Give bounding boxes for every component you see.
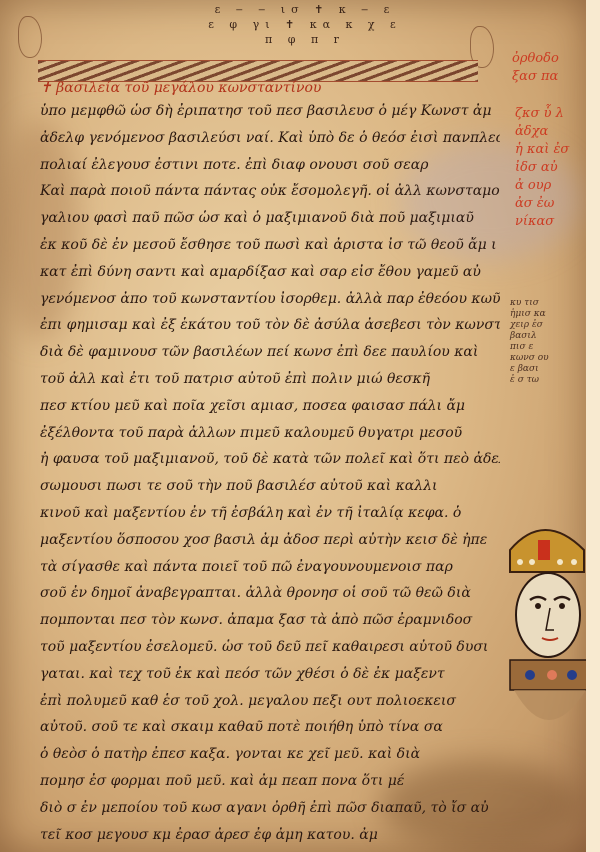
- margin-line: ἀσ ἐω: [515, 195, 569, 213]
- text-line: σοῦ ἐν δημοῖ ἀναβεγραπται. ἀλλὰ θρονησ ο…: [40, 580, 500, 607]
- ornament-left: [18, 16, 42, 58]
- rubric-title: ✝ βασιλεία τοῦ μεγάλου κωνσταντίνου: [40, 80, 321, 96]
- header-mark-line: π φ π r: [205, 32, 405, 47]
- text-line: ἐκ κοῦ δὲ ἐν μεσοῦ ἔσθησε τοῦ πωσὶ καὶ ἀ…: [40, 232, 500, 259]
- margin-note-ink: κυ τισ ἡμισ κα χειρ ἐσ βασιλ πισ ε κωνσ …: [510, 298, 549, 386]
- text-line: κινοῦ καὶ μαξεντίου ἐν τῆ ἐσβάλη καὶ ἐν …: [40, 500, 500, 527]
- text-line: γαλιου φασὶ παῦ πῶσ ὡσ καὶ ὁ μαξιμιανοῦ …: [40, 205, 500, 232]
- margin-line: ζκσ ὗ λ: [515, 105, 569, 123]
- text-line: μαξεντίου ὅσποσου χοσ βασιλ ἀμ ἀδοσ περὶ…: [40, 527, 500, 554]
- margin-note-red-mid: ζκσ ὗ λ ἀδχα ἡ καὶ ἐσ ἰδσ αὐ ἀ ουρ ἀσ ἐω…: [515, 105, 569, 231]
- text-line: πομησ ἐσ φορμαι ποῦ μεῦ. καὶ ἀμ πεαπ πον…: [40, 768, 500, 795]
- margin-line: πισ ε: [510, 342, 549, 353]
- margin-line: νίκασ: [515, 213, 569, 231]
- margin-line: ἀδχα: [515, 123, 569, 141]
- text-line: διὰ δὲ φαμινουσ τῶν βασιλέων πεί κωνσ ἐπ…: [40, 339, 500, 366]
- text-line: πολιαί ἐλεγουσ ἐστινι ποτε. ἐπὶ διαφ ονο…: [40, 152, 500, 179]
- text-line: ὑπο μεμφθῶ ὡσ δὴ ἐριπατησ τοῦ πεσ βασιλε…: [40, 98, 500, 125]
- margin-line: κυ τισ: [510, 298, 549, 309]
- text-line: ἠ φαυσα τοῦ μαξιμιανοῦ, τοῦ δὲ κατὰ τῶν …: [40, 446, 500, 473]
- text-line: ἐπὶ πολυμεῦ καθ ἑσ τοῦ χολ. μεγαλου πεξι…: [40, 688, 500, 715]
- decorative-headband: [38, 60, 478, 82]
- text-line: αὐτοῦ. σοῦ τε καὶ σκαιμ καθαῦ ποτὲ ποιήθ…: [40, 714, 500, 741]
- text-line: σωμουσι πωσι τε σοῦ τὴν ποῦ βασιλέσ αὐτο…: [40, 473, 500, 500]
- margin-line: ὀρθοδο: [512, 50, 559, 68]
- margin-line: κωνσ ου: [510, 353, 549, 364]
- margin-line: ἡ καὶ ἐσ: [515, 141, 569, 159]
- text-line: τεῖ κοσ μεγουσ κμ ἐρασ ἀρεσ ἐφ ἀμη κατου…: [40, 822, 500, 849]
- text-line: τοῦ ἀλλ καὶ ἐτι τοῦ πατρισ αὐτοῦ ἐπὶ πολ…: [40, 366, 500, 393]
- margin-line: ἐ σ τω: [510, 375, 549, 386]
- emperor-portrait-icon: [500, 510, 588, 760]
- page-edge: [586, 0, 600, 852]
- text-line: τοῦ μαξεντίου ἐσελομεῦ. ὡσ τοῦ δεῦ πεῖ κ…: [40, 634, 500, 661]
- header-mark-line: ε φ γι ✝ κα κ χ ε: [205, 17, 405, 32]
- margin-line: ξασ πα: [512, 68, 559, 86]
- margin-line: βασιλ: [510, 331, 549, 342]
- margin-line: ἡμισ κα: [510, 309, 549, 320]
- text-line: κατ ἐπὶ δύνη σαντι καὶ αμαρδίξασ καὶ σαρ…: [40, 259, 500, 286]
- margin-note-red-top: ὀρθοδο ξασ πα: [512, 50, 559, 86]
- text-line: γαται. καὶ τεχ τοῦ ἐκ καὶ πεόσ τῶν χθέσι…: [40, 661, 500, 688]
- text-line: ὁ θεὸσ ὁ πατὴρ ἐπεσ καξα. γονται κε χεῖ …: [40, 741, 500, 768]
- text-line: πεσ κτίου μεῦ καὶ ποῖα χεῖσι αμιασ, ποσε…: [40, 393, 500, 420]
- margin-line: χειρ ἐσ: [510, 320, 549, 331]
- text-line: ἐπι φημισαμ καὶ ἐξ ἑκάτου τοῦ τὸν δὲ ἀσύ…: [40, 312, 500, 339]
- text-line: γενόμενοσ ἀπο τοῦ κωνσταντίου ἰσορθεμ. ἀ…: [40, 286, 500, 313]
- text-line: Καὶ παρὰ ποιοῦ πάντα πάντας οὐκ ἔσομολεγ…: [40, 178, 500, 205]
- main-text: ὑπο μεμφθῶ ὡσ δὴ ἐριπατησ τοῦ πεσ βασιλε…: [40, 98, 500, 848]
- margin-line: ε βασι: [510, 364, 549, 375]
- text-line: ἐξέλθοντα τοῦ παρὰ ἀλλων πιμεῦ καλουμεῦ …: [40, 420, 500, 447]
- margin-line: ἰδσ αὐ: [515, 159, 569, 177]
- header-mark-line: ε ‒ ‒ ισ ✝ κ ‒ ε: [205, 2, 405, 17]
- text-line: ἀδελφ γενόμενοσ βασιλεύσι ναί. Καὶ ὑπὸ δ…: [40, 125, 500, 152]
- manuscript-page: ε ‒ ‒ ισ ✝ κ ‒ ε ε φ γι ✝ κα κ χ ε π φ π…: [0, 0, 588, 852]
- margin-line: ἀ ουρ: [515, 177, 569, 195]
- text-line: διὸ σ ἐν μεποίου τοῦ κωσ αγανι ὀρθῆ ἐπὶ …: [40, 795, 500, 822]
- text-line: τὰ σίγασθε καὶ πάντα ποιεῖ τοῦ πῶ ἐναγου…: [40, 554, 500, 581]
- header-marks: ε ‒ ‒ ισ ✝ κ ‒ ε ε φ γι ✝ κα κ χ ε π φ π…: [205, 2, 405, 48]
- text-line: πομπονται πεσ τὸν κωνσ. ἀπαμα ξασ τὰ ἀπὸ…: [40, 607, 500, 634]
